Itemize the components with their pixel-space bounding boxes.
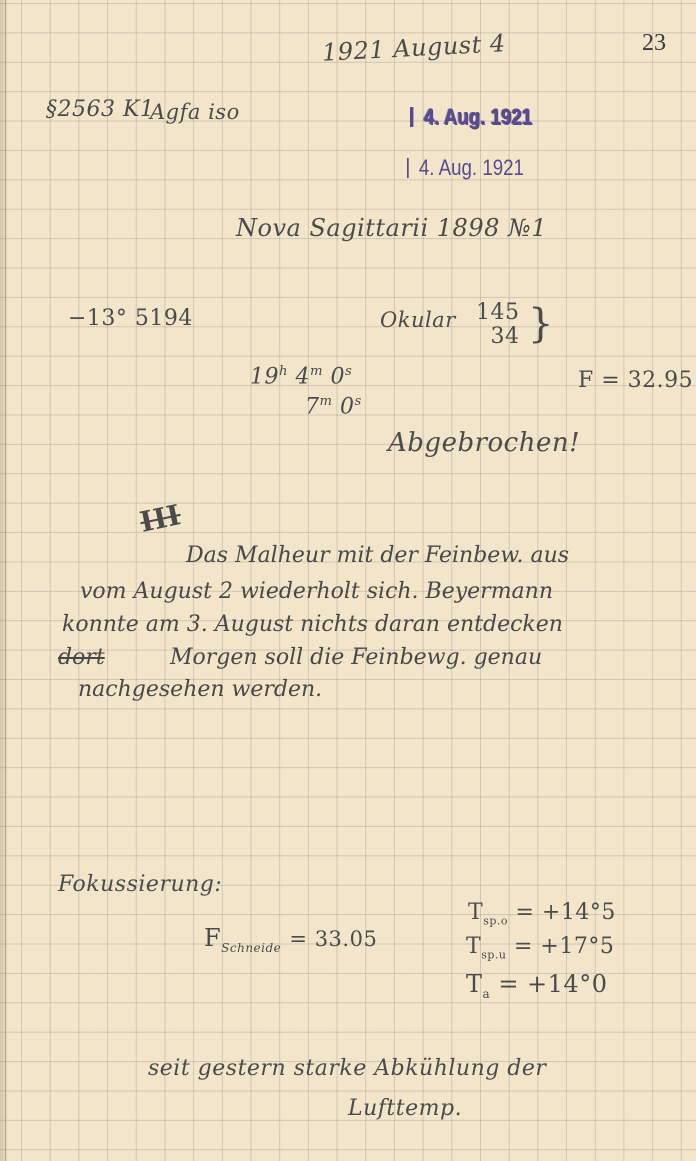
page-number: 23: [642, 30, 666, 57]
note-line-1: Das Malheur mit der Feinbew. aus: [186, 543, 569, 568]
page-binding-edge: [0, 0, 8, 1161]
note-line-2: vom August 2 wiederholt sich. Beyermann: [80, 579, 553, 604]
ocular-values: 145 34: [476, 301, 520, 349]
date-stamp-1: 4. Aug. 1921: [410, 104, 532, 130]
temp-row-3: Ta = +14°0: [466, 970, 607, 1001]
note-line-3: konnte am 3. August nichts daran entdeck…: [62, 612, 563, 637]
ocular-label: Okular: [380, 308, 456, 332]
note-line-5: nachgesehen werden.: [78, 677, 322, 702]
section-marker: III: [137, 498, 184, 539]
handwritten-date: 1921 August 4: [321, 29, 506, 67]
note-line-4: Morgen soll die Feinbewg. genau: [170, 645, 542, 670]
focus-value: F = 32.95: [578, 368, 693, 393]
object-name: Nova Sagittarii 1898 №1: [236, 214, 547, 242]
temp-row-1: Tsp.o = +14°5: [468, 900, 616, 927]
remark-line-2: Lufttemp.: [348, 1096, 462, 1121]
status-aborted: Abgebrochen!: [388, 428, 580, 458]
plate-id: §2563 K1: [46, 97, 154, 122]
date-stamp-2: 4. Aug. 1921: [407, 155, 524, 181]
remark-line-1: seit gestern starke Abkühlung der: [148, 1056, 546, 1081]
temp-row-2: Tsp.u = +17°5: [466, 934, 614, 961]
stamp-mark-icon: [407, 158, 409, 178]
notebook-page: 23 1921 August 4 §2563 K1 Agfa iso 4. Au…: [0, 0, 696, 1161]
brace-icon: }: [528, 304, 554, 344]
ocular-value-2: 34: [476, 325, 520, 349]
time-2: 7m 0s: [305, 394, 362, 419]
margin-line: [5, 0, 6, 1161]
plate-type: Agfa iso: [150, 100, 240, 124]
declination-ref: −13° 5194: [68, 306, 193, 331]
focusing-heading: Fokussierung:: [58, 872, 222, 897]
knife-edge-focus: FSchneide = 33.05: [204, 924, 377, 955]
stamp-mark-icon: [410, 107, 413, 127]
note-struck-word: dort: [58, 645, 105, 670]
time-1: 19h 4m 0s: [250, 364, 352, 389]
ocular-value-1: 145: [476, 301, 520, 325]
